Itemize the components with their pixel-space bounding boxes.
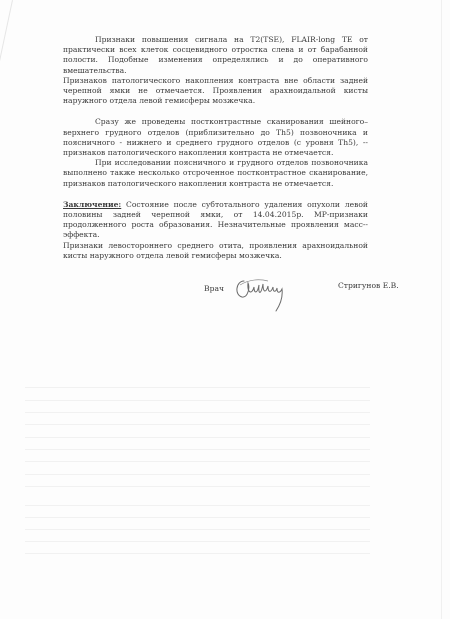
show-through-line — [25, 505, 370, 506]
doctor-label: Врач — [204, 284, 224, 293]
show-through-line — [25, 424, 370, 425]
paragraph-findings-signal: Признаки повышения сигнала на T2(TSE), F… — [63, 35, 368, 76]
conclusion-label: Заключение: — [63, 200, 121, 209]
show-through-line — [25, 461, 370, 462]
report-body: Признаки повышения сигнала на T2(TSE), F… — [63, 35, 368, 261]
paragraph-spine-delayed: При исследовании поясничного и грудного … — [63, 158, 368, 189]
show-through-line — [25, 541, 370, 542]
signature-block: Врач Стригунов Е.В. — [0, 281, 450, 321]
show-through-line — [25, 529, 370, 530]
paragraph-conclusion: Заключение: Состояние после субтотальног… — [63, 200, 368, 241]
paragraph-conclusion-2: Признаки левостороннего среднего отита, … — [63, 241, 368, 261]
paragraph-gap — [63, 189, 368, 200]
show-through-line — [25, 553, 370, 554]
paragraph-spine-postcontrast: Сразу же проведены постконтрастные скани… — [63, 117, 368, 158]
paper-crease — [0, 0, 13, 118]
doctor-name: Стригунов Е.В. — [338, 281, 399, 290]
show-through-line — [25, 517, 370, 518]
paragraph-findings-contrast: Признаков патологического накопления кон… — [63, 76, 368, 107]
show-through-line — [25, 437, 370, 438]
show-through-line — [25, 449, 370, 450]
show-through-line — [25, 412, 370, 413]
scanned-page: Признаки повышения сигнала на T2(TSE), F… — [0, 0, 450, 619]
show-through-line — [25, 387, 370, 388]
paragraph-gap — [63, 106, 368, 117]
show-through-line — [25, 474, 370, 475]
show-through-line — [25, 400, 370, 401]
show-through-line — [25, 486, 370, 487]
handwritten-signature-icon — [230, 275, 310, 315]
